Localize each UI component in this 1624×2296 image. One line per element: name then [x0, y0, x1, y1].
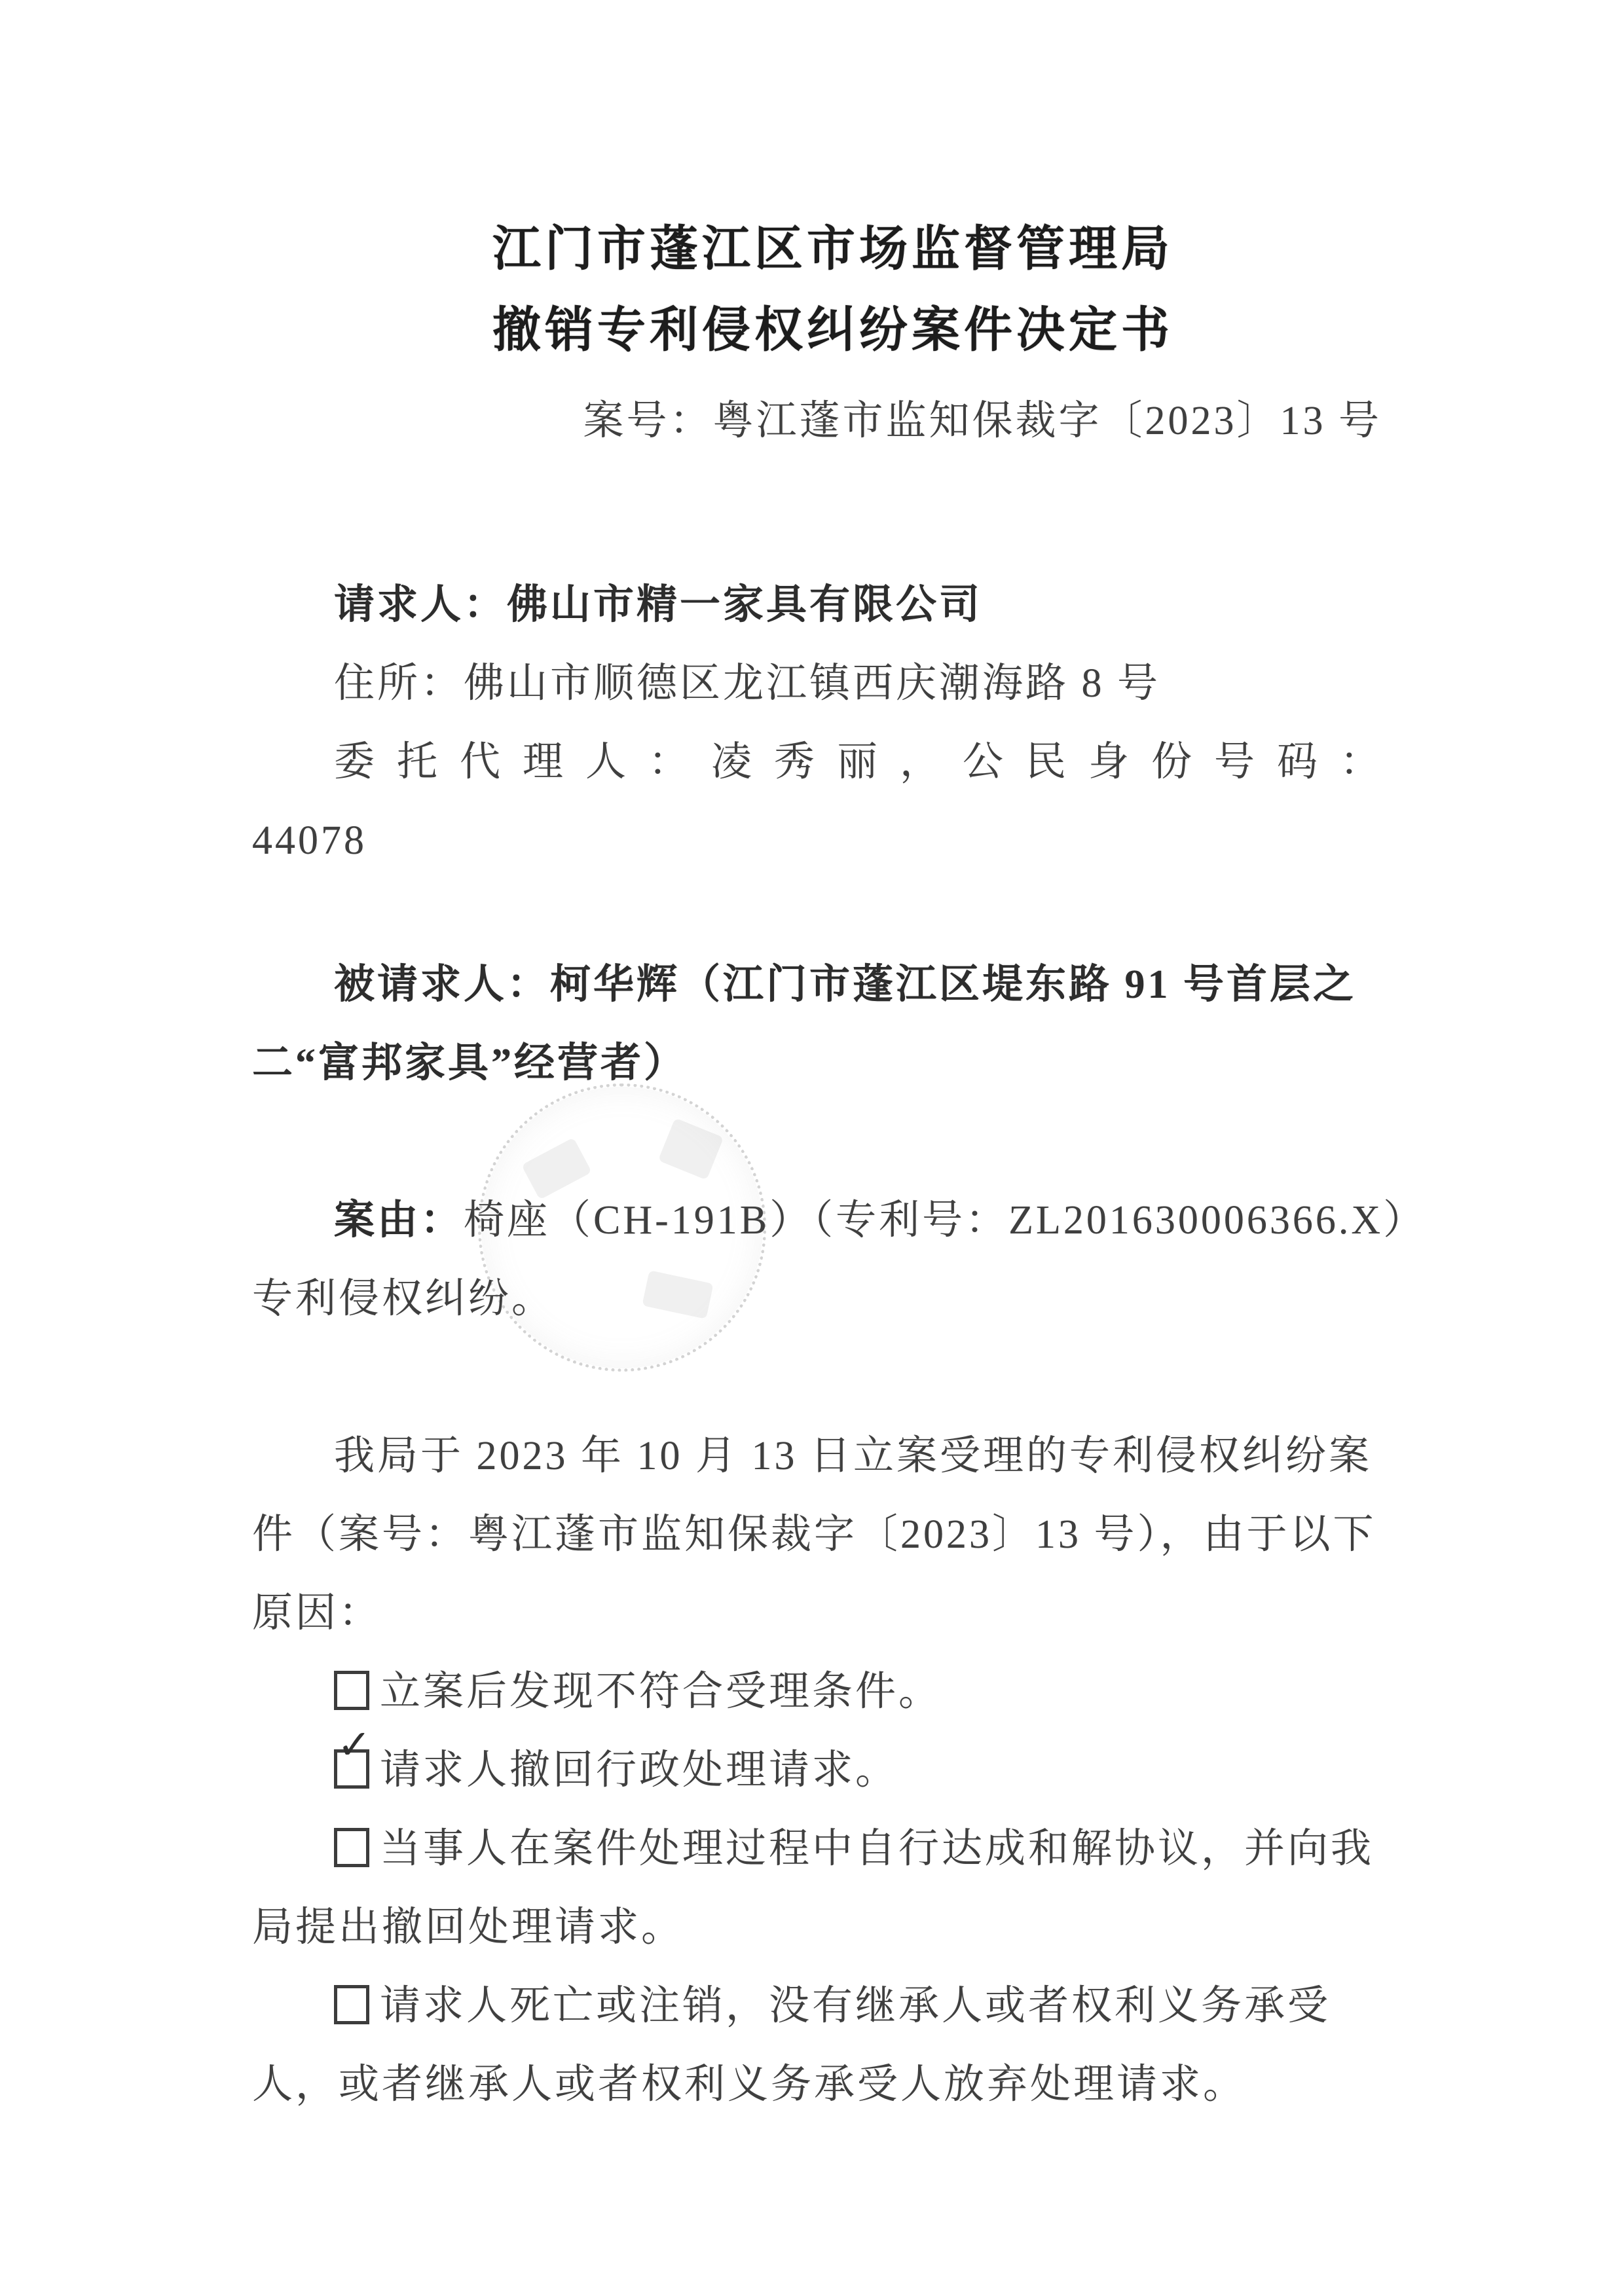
- document-body: 案号：粤江蓬市监知保裁字〔2023〕13 号 请求人：佛山市精一家具有限公司 住…: [252, 382, 1382, 2124]
- respondent-line-1: 被请求人：柯华辉（江门市蓬江区堤东路 91 号首层之: [252, 945, 1382, 1024]
- reason-option-4-text: 请求人死亡或注销，没有继承人或者权利义务承受: [380, 1984, 1331, 2028]
- paragraph-line-3: 原因：: [252, 1574, 1382, 1652]
- requester-address-line: 住所：佛山市顺德区龙江镇西庆潮海路 8 号: [252, 644, 1382, 723]
- checkbox-unchecked-icon: [334, 1828, 369, 1867]
- case-number-line: 案号：粤江蓬市监知保裁字〔2023〕13 号: [252, 382, 1382, 460]
- reason-option-4-wrap: 人，或者继承人或者权利义务承受人放弃处理请求。: [252, 2045, 1382, 2124]
- paragraph-line-1: 我局于 2023 年 10 月 13 日立案受理的专利侵权纠纷案: [252, 1417, 1382, 1495]
- respondent-line-2: 二“富邦家具”经营者）: [252, 1024, 1382, 1102]
- issuing-authority-title: 江门市蓬江区市场监督管理局: [42, 208, 1624, 289]
- cause-label: 案由：: [334, 1198, 464, 1243]
- reason-option-2: ✓请求人撤回行政处理请求。: [252, 1731, 1382, 1810]
- reason-option-3-text: 当事人在案件处理过程中自行达成和解协议，并向我: [380, 1827, 1374, 1871]
- document-header: 江门市蓬江区市场监督管理局 撤销专利侵权纠纷案件决定书: [0, 208, 1624, 371]
- document-type-title: 撤销专利侵权纠纷案件决定书: [42, 289, 1624, 371]
- requester-line: 请求人：佛山市精一家具有限公司: [252, 566, 1382, 644]
- checkbox-checked-icon: ✓: [334, 1749, 369, 1789]
- paragraph-line-2: 件（案号：粤江蓬市监知保裁字〔2023〕13 号），由于以下: [252, 1495, 1382, 1574]
- checkbox-unchecked-icon: [334, 1985, 369, 2024]
- agent-line: 委托代理人：凌秀丽，公民身份号码：: [252, 723, 1382, 801]
- reason-option-1: 立案后发现不符合受理条件。: [252, 1652, 1382, 1731]
- agent-id-continuation: 44078: [252, 801, 1382, 880]
- reason-option-3: 当事人在案件处理过程中自行达成和解协议，并向我: [252, 1810, 1382, 1888]
- cause-line-1: 案由：椅座（CH-191B）（专利号：ZL201630006366.X）: [252, 1181, 1382, 1260]
- reason-option-3-wrap: 局提出撤回处理请求。: [252, 1888, 1382, 1967]
- cause-line-2: 专利侵权纠纷。: [252, 1260, 1382, 1338]
- reason-option-4: 请求人死亡或注销，没有继承人或者权利义务承受: [252, 1967, 1382, 2045]
- cause-value: 椅座（CH-191B）（专利号：ZL201630006366.X）: [464, 1198, 1426, 1243]
- checkbox-unchecked-icon: [334, 1671, 369, 1710]
- reason-option-1-text: 立案后发现不符合受理条件。: [380, 1669, 942, 1714]
- document-page: 江门市蓬江区市场监督管理局 撤销专利侵权纠纷案件决定书 案号：粤江蓬市监知保裁字…: [0, 0, 1624, 2296]
- reason-option-2-text: 请求人撤回行政处理请求。: [380, 1748, 898, 1793]
